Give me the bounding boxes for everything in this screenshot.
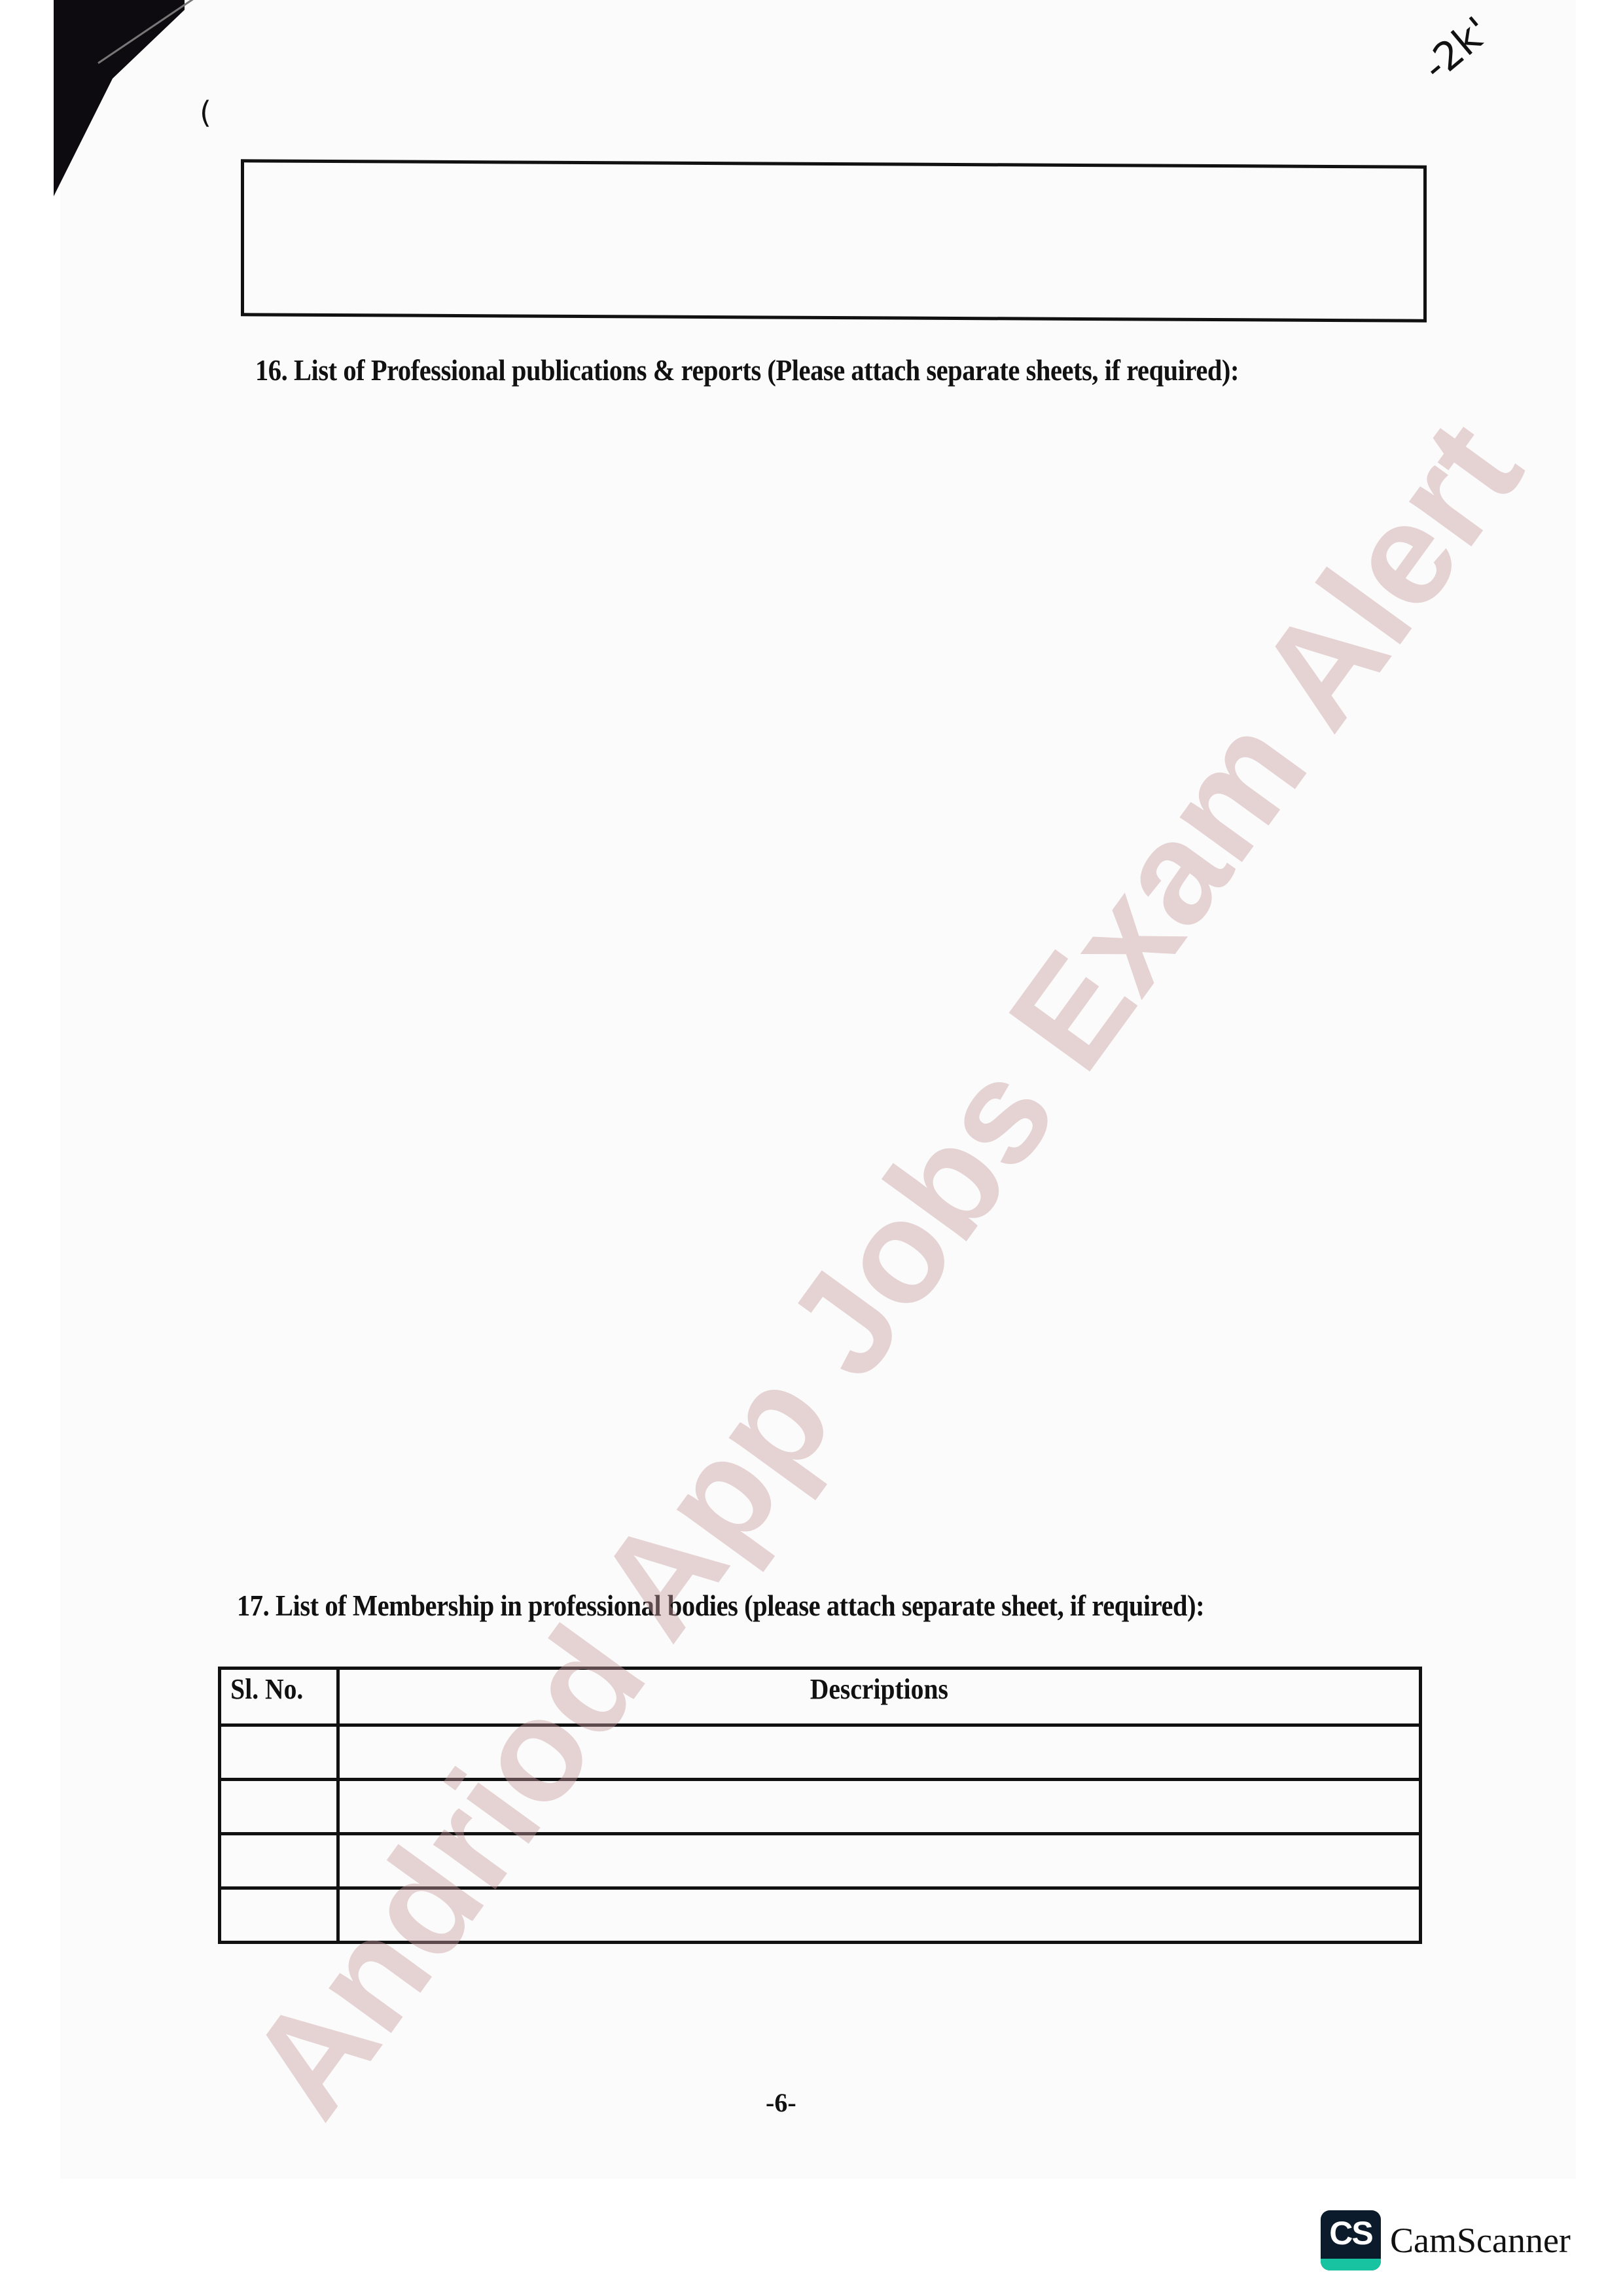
description-cell[interactable] — [338, 1888, 1421, 1943]
table-row — [220, 1725, 1421, 1780]
table-row — [220, 1888, 1421, 1943]
sl-no-cell[interactable] — [220, 1888, 338, 1943]
description-cell[interactable] — [338, 1780, 1421, 1834]
table-header-row: Sl. No. Descriptions — [220, 1669, 1421, 1725]
handwritten-mark-left: ( — [200, 95, 211, 130]
camscanner-badge: CS CamScanner — [1321, 2210, 1571, 2270]
section-16-heading: 16. List of Professional publications & … — [255, 353, 1239, 387]
sl-no-cell[interactable] — [220, 1834, 338, 1888]
sl-no-cell[interactable] — [220, 1725, 338, 1780]
table-row — [220, 1780, 1421, 1834]
page-number: -6- — [766, 2087, 796, 2118]
camscanner-name: CamScanner — [1390, 2220, 1571, 2261]
camscanner-logo-stripe — [1321, 2259, 1381, 2270]
description-cell[interactable] — [338, 1834, 1421, 1888]
column-header-descriptions: Descriptions — [338, 1669, 1421, 1725]
section-17-heading: 17. List of Membership in professional b… — [237, 1589, 1204, 1623]
column-header-sl-no: Sl. No. — [220, 1669, 338, 1725]
membership-table: Sl. No. Descriptions — [218, 1667, 1422, 1944]
table-row — [220, 1834, 1421, 1888]
description-cell[interactable] — [338, 1725, 1421, 1780]
previous-section-answer-box[interactable] — [241, 159, 1427, 322]
camscanner-logo-icon: CS — [1321, 2210, 1381, 2270]
sl-no-cell[interactable] — [220, 1780, 338, 1834]
camscanner-logo-letters: CS — [1321, 2214, 1381, 2252]
